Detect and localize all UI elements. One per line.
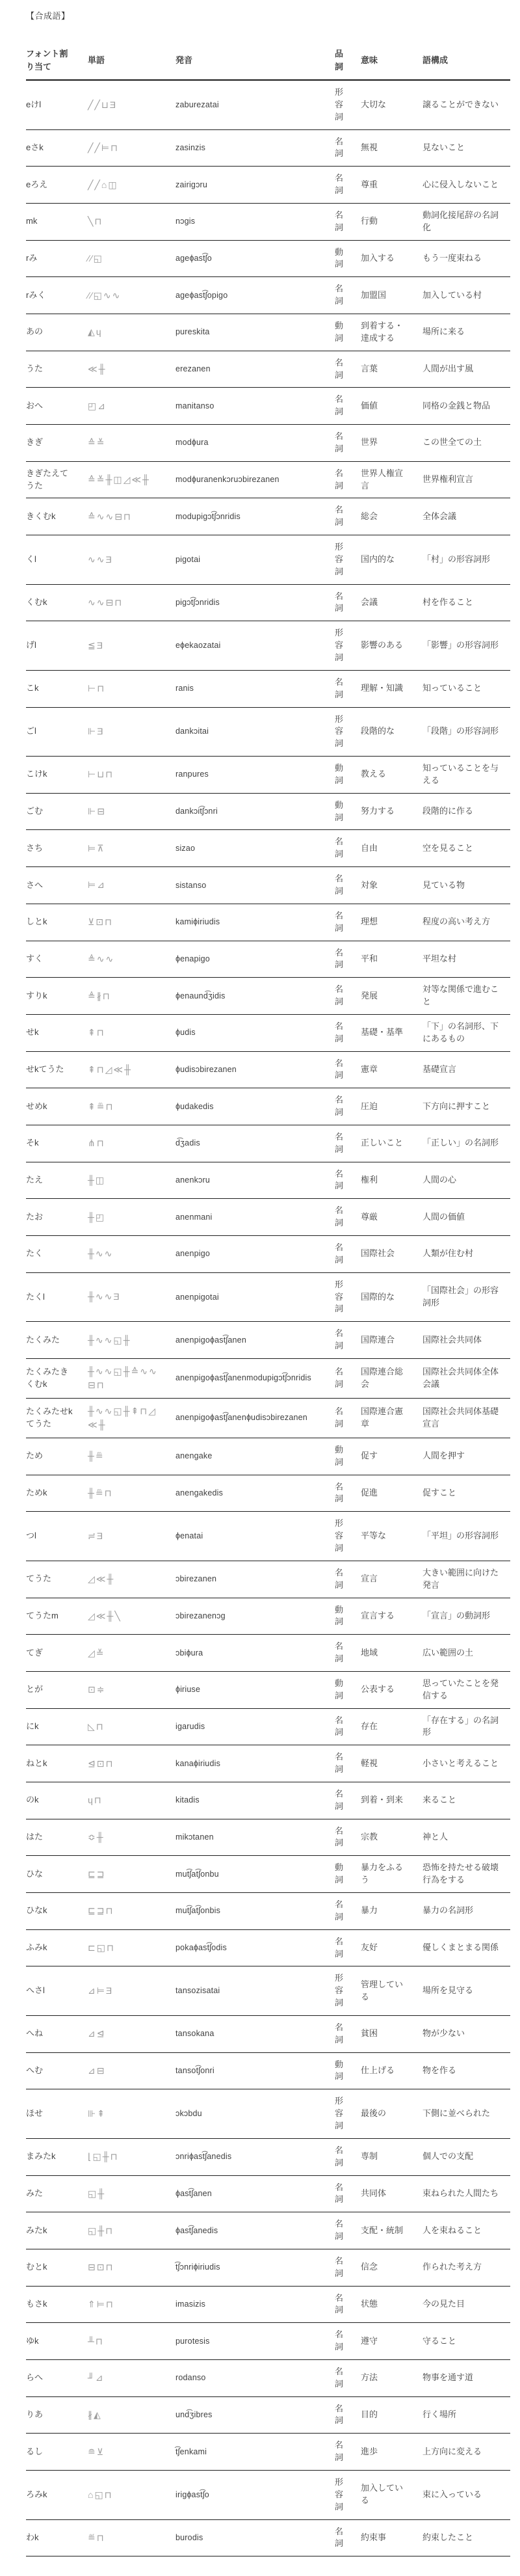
pronunciation-cell-text: modɸuranenkɔruɔbirezanen	[175, 475, 279, 484]
composition-cell-text: 束に入っている	[422, 2489, 482, 2499]
pronunciation-cell-text: eɸekaozatai	[175, 641, 221, 650]
word-glyphs-cell: ╫∿∿◱╫≙∿∿⊟⊓	[88, 1358, 175, 1398]
meaning-cell: 総会	[361, 498, 422, 535]
composition-cell-text: 国際社会共同体全体会議	[422, 1367, 499, 1389]
pronunciation-cell: kanaɸiriudis	[175, 1745, 335, 1782]
pos-cell: 名詞	[335, 904, 361, 941]
composition-cell-text: 今の見た目	[422, 2299, 465, 2309]
pronunciation-cell: ɸast͡ʃanen	[175, 2175, 335, 2212]
pronunciation-cell: kamiɸiriudis	[175, 904, 335, 941]
composition-cell-text: 思っていたことを発信する	[422, 1678, 499, 1700]
font-assignment-cell: eろえ	[26, 167, 88, 204]
word-glyphs-cell: ╫∿∿◱╫⇞⊓◿≪╫	[88, 1398, 175, 1438]
font-assignment-cell-text: ごむ	[26, 806, 43, 816]
meaning-cell: 遵守	[361, 2323, 422, 2360]
composition-cell-text: 知っていることを与える	[422, 763, 499, 785]
pos-cell-text: 名詞	[335, 1095, 343, 1117]
meaning-cell: 理解・知識	[361, 670, 422, 707]
pronunciation-cell: tansot͡ʃonri	[175, 2052, 335, 2089]
word-glyphs-cell-text: ╫∿∿◱╫	[88, 1335, 131, 1345]
pronunciation-cell-text: zaburezatai	[175, 100, 219, 109]
table-row: こけk⊢⊔⊓ranpures動詞教える知っていることを与える	[26, 757, 510, 794]
word-glyphs-cell-text: ⌊◱╫⊓	[88, 2151, 119, 2162]
meaning-cell-text: 会議	[361, 597, 378, 607]
composition-cell-text: 知っていること	[422, 683, 482, 693]
word-glyphs-cell-text: ⌂◱⊓	[88, 2489, 113, 2500]
word-glyphs-cell-text: ∿∿Ǝ	[88, 554, 113, 565]
pos-cell-text: 名詞	[335, 173, 343, 195]
word-glyphs-cell-text: ╱╱⊔Ǝ	[88, 100, 117, 110]
word-glyphs-cell: ╱╱⊔Ǝ	[88, 80, 175, 129]
meaning-cell: 国際連合総会	[361, 1358, 422, 1398]
pos-cell: 名詞	[335, 388, 361, 425]
table-row: こk⊢⊓ranis名詞理解・知識知っていること	[26, 670, 510, 707]
pronunciation-cell: rodanso	[175, 2359, 335, 2396]
table-row: mk╲⊓nɔgis名詞行動動詞化接尾辞の名詞化	[26, 203, 510, 240]
meaning-cell-text: 大切な	[361, 100, 386, 109]
pronunciation-cell: ɔnriɸast͡ʃanedis	[175, 2138, 335, 2175]
composition-cell-text: 「存在する」の名詞形	[422, 1715, 499, 1737]
composition-cell: 暴力の名詞形	[422, 1893, 510, 1930]
composition-cell: 段階的に作る	[422, 793, 510, 830]
meaning-cell-text: 暴力をふるう	[361, 1862, 403, 1885]
pos-cell-text: 名詞	[335, 984, 343, 1006]
pos-cell: 名詞	[335, 203, 361, 240]
pronunciation-cell-text: purotesis	[175, 2337, 210, 2346]
meaning-cell-text: 宣言	[361, 1574, 378, 1583]
font-assignment-cell: もさk	[26, 2286, 88, 2323]
pos-cell-text: 名詞	[335, 2404, 343, 2426]
font-assignment-cell: ひなk	[26, 1893, 88, 1930]
word-glyphs-cell: ⊡≑	[88, 1671, 175, 1708]
table-row: みたk◱╫⊓ɸast͡ʃanedis名詞支配・統制人を束ねること	[26, 2212, 510, 2249]
pos-cell: 動詞	[335, 1671, 361, 1708]
pronunciation-cell-text: pigɔt͡ʃɔnridis	[175, 598, 220, 607]
table-row: おへ◰⊿manitanso名詞価値同格の金銭と物品	[26, 388, 510, 425]
font-assignment-cell-text: こk	[26, 683, 39, 693]
meaning-cell: 暴力をふるう	[361, 1856, 422, 1893]
composition-cell: 「国際社会」の形容詞形	[422, 1272, 510, 1322]
composition-cell-text: 神と人	[422, 1832, 448, 1842]
meaning-cell-text: 尊厳	[361, 1212, 378, 1222]
pos-cell: 名詞	[335, 277, 361, 314]
font-assignment-cell: みた	[26, 2175, 88, 2212]
word-glyphs-cell: ⊿⊟	[88, 2052, 175, 2089]
pronunciation-cell: burodis	[175, 2519, 335, 2556]
font-assignment-cell: まみたk	[26, 2138, 88, 2175]
pos-cell-text: 名詞	[335, 1641, 343, 1663]
document-page: 【合成語】 フォント割り当て 単語 発音 品詞 意味 語構成 eけl╱╱⊔Ǝza…	[0, 0, 520, 2576]
word-glyphs-cell-text: ≘⊻	[88, 2447, 105, 2457]
pronunciation-cell-text: kitadis	[175, 1795, 200, 1805]
composition-cell-text: 平坦な村	[422, 954, 456, 963]
pos-cell-text: 動詞	[335, 763, 343, 785]
table-row: くむk∿∿⊟⊓pigɔt͡ʃɔnridis名詞会議村を作ること	[26, 584, 510, 621]
pronunciation-cell: pokaɸast͡ʃodis	[175, 1929, 335, 1966]
font-assignment-cell-text: きくむk	[26, 511, 56, 521]
font-assignment-cell-text: きぎ	[26, 437, 43, 447]
font-assignment-cell: たえ	[26, 1162, 88, 1199]
meaning-cell: 加盟国	[361, 277, 422, 314]
word-glyphs-cell-text: ⊩Ǝ	[88, 726, 105, 736]
word-glyphs-cell-text: ⊩⊟	[88, 806, 106, 816]
word-glyphs-cell: ╫≞⊓	[88, 1475, 175, 1512]
word-glyphs-cell: ╫≞	[88, 1438, 175, 1475]
meaning-cell-text: 対象	[361, 880, 378, 890]
table-row: すく≜∿∿ɸenapigo名詞平和平坦な村	[26, 941, 510, 978]
word-glyphs-cell-text: ⊿⊟	[88, 2065, 105, 2076]
pronunciation-cell: tansozisatai	[175, 1966, 335, 2016]
font-assignment-cell-text: おへ	[26, 401, 43, 410]
table-row: ゆk╨⊓purotesis名詞遵守守ること	[26, 2323, 510, 2360]
meaning-cell: 軽視	[361, 1745, 422, 1782]
meaning-cell: 管理している	[361, 1966, 422, 2016]
font-assignment-cell: きぎ	[26, 425, 88, 462]
table-row: げl≦Ǝeɸekaozatai形容詞影響のある「影響」の形容詞形	[26, 621, 510, 671]
composition-cell-text: 上方向に変える	[422, 2447, 482, 2456]
word-glyphs-cell-text: ≓Ǝ	[88, 1531, 104, 1541]
composition-cell-text: 見ないこと	[422, 142, 465, 152]
font-assignment-cell: わk	[26, 2519, 88, 2556]
word-glyphs-cell: ⊿⊨Ǝ	[88, 1966, 175, 2016]
meaning-cell-text: 理解・知識	[361, 683, 403, 693]
composition-cell: 行く場所	[422, 2396, 510, 2434]
pos-cell-text: 名詞	[335, 677, 343, 699]
meaning-cell: 到着する・達成する	[361, 314, 422, 351]
pos-cell: 形容詞	[335, 2471, 361, 2520]
composition-cell-text: 人間の価値	[422, 1212, 465, 1222]
pronunciation-cell-text: zasinzis	[175, 143, 205, 152]
composition-cell-text: 約束したこと	[422, 2532, 473, 2542]
composition-cell: 束に入っている	[422, 2471, 510, 2520]
word-glyphs-cell-text: ◱╫⊓	[88, 2225, 114, 2236]
meaning-cell: 影響のある	[361, 621, 422, 671]
composition-cell: 国際社会共同体	[422, 1322, 510, 1359]
pronunciation-cell: irigɸast͡ʃo	[175, 2471, 335, 2520]
col-header-pronunciation: 発音	[175, 41, 335, 80]
font-assignment-cell-text: eさk	[26, 142, 44, 152]
pos-cell: 名詞	[335, 2359, 361, 2396]
word-glyphs-cell: ⇞⊓	[88, 1014, 175, 1051]
pos-cell: 名詞	[335, 2175, 361, 2212]
composition-cell: 心に侵入しないこと	[422, 167, 510, 204]
table-row: たえ╫◫anenkɔru名詞権利人間の心	[26, 1162, 510, 1199]
pronunciation-cell-text: anengake	[175, 1451, 213, 1460]
font-assignment-cell-text: らへ	[26, 2372, 43, 2382]
meaning-cell: 進歩	[361, 2434, 422, 2471]
table-row: ほせ⊪⇞ɔkɔbdu形容詞最後の下側に並べられた	[26, 2089, 510, 2139]
table-row: せめk⇞≞⊓ɸudakedis名詞圧迫下方向に押すこと	[26, 1088, 510, 1125]
font-assignment-cell: へさl	[26, 1966, 88, 2016]
pronunciation-cell: ageɸast͡ʃopigo	[175, 277, 335, 314]
pos-cell-text: 名詞	[335, 2367, 343, 2389]
pronunciation-cell-text: ageɸast͡ʃo	[175, 254, 212, 263]
word-glyphs-cell: ╫∿∿	[88, 1236, 175, 1273]
font-assignment-cell: さへ	[26, 867, 88, 904]
pos-cell: 名詞	[335, 2323, 361, 2360]
word-glyphs-cell: ⊨⊼	[88, 830, 175, 867]
col-header-word: 単語	[88, 41, 175, 80]
pos-cell: 名詞	[335, 1561, 361, 1598]
word-glyphs-cell-text: ∦◭	[88, 2409, 102, 2420]
composition-cell-text: 束ねられた人間たち	[422, 2188, 499, 2198]
composition-cell: 「存在する」の名詞形	[422, 1708, 510, 1745]
word-glyphs-cell: ⊢⊓	[88, 670, 175, 707]
word-glyphs-cell: ≜∦⊓	[88, 978, 175, 1015]
meaning-cell-text: 促進	[361, 1488, 378, 1497]
font-assignment-cell-text: たお	[26, 1212, 43, 1222]
font-assignment-cell: こけk	[26, 757, 88, 794]
font-assignment-cell: らへ	[26, 2359, 88, 2396]
font-assignment-cell: たくみた	[26, 1322, 88, 1359]
pos-cell: 名詞	[335, 584, 361, 621]
pos-cell: 名詞	[335, 1051, 361, 1088]
meaning-cell: 宣言する	[361, 1598, 422, 1635]
composition-cell-text: 「影響」の形容詞形	[422, 640, 499, 650]
pos-cell: 形容詞	[335, 621, 361, 671]
pos-cell: 名詞	[335, 1125, 361, 1162]
word-glyphs-cell: ╲⊓	[88, 203, 175, 240]
composition-cell: 上方向に変える	[422, 2434, 510, 2471]
meaning-cell: 支配・統制	[361, 2212, 422, 2249]
pos-cell: 名詞	[335, 1322, 361, 1359]
word-glyphs-cell-text: ◿≪╫	[88, 1574, 114, 1584]
word-glyphs-cell: ⇞≞⊓	[88, 1088, 175, 1125]
font-assignment-cell: うた	[26, 351, 88, 388]
font-assignment-cell: さち	[26, 830, 88, 867]
pos-cell: 名詞	[335, 1199, 361, 1236]
pronunciation-cell: erezanen	[175, 351, 335, 388]
pronunciation-cell: anenkɔru	[175, 1162, 335, 1199]
pronunciation-cell-text: modɸura	[175, 438, 209, 447]
meaning-cell-text: 努力する	[361, 806, 395, 816]
composition-cell-text: 心に侵入しないこと	[422, 180, 499, 189]
composition-cell-text: 大きい範囲に向けた発言	[422, 1568, 499, 1590]
composition-cell-text: 加入している村	[422, 290, 482, 300]
meaning-cell-text: 目的	[361, 2409, 378, 2419]
pos-cell-text: 名詞	[335, 1937, 343, 1959]
meaning-cell: 対象	[361, 867, 422, 904]
table-row: へね⊿⊴tansokana名詞貧困物が少ない	[26, 2015, 510, 2052]
pos-cell-text: 形容詞	[335, 1518, 343, 1553]
meaning-cell: 正しいこと	[361, 1125, 422, 1162]
pos-cell-text: 名詞	[335, 874, 343, 896]
pos-cell-text: 名詞	[335, 1328, 343, 1350]
meaning-cell-text: 平和	[361, 954, 378, 963]
pos-cell-text: 名詞	[335, 1826, 343, 1848]
font-assignment-cell: むとk	[26, 2249, 88, 2286]
meaning-cell-text: 状態	[361, 2299, 378, 2309]
word-glyphs-cell: ≦Ǝ	[88, 621, 175, 671]
font-assignment-cell-text: すく	[26, 954, 43, 963]
composition-cell-text: 広い範囲の土	[422, 1648, 473, 1657]
meaning-cell-text: 友好	[361, 1942, 378, 1952]
pronunciation-cell-text: ageɸast͡ʃopigo	[175, 291, 227, 300]
font-assignment-cell-text: ごl	[26, 726, 36, 736]
pos-cell: 名詞	[335, 1635, 361, 1672]
pos-cell: 名詞	[335, 1782, 361, 1819]
word-glyphs-cell: ≘⊻	[88, 2434, 175, 2471]
pos-cell-text: 形容詞	[335, 1973, 343, 2007]
pronunciation-cell-text: ɸenatai	[175, 1531, 203, 1540]
word-glyphs-cell-text: ⊿⊨Ǝ	[88, 1985, 113, 1996]
table-row: くl∿∿Ǝpigotai形容詞国内的な「村」の形容詞形	[26, 535, 510, 585]
table-row: へむ⊿⊟tansot͡ʃonri動詞仕上げる物を作る	[26, 2052, 510, 2089]
font-assignment-cell: くむk	[26, 584, 88, 621]
pronunciation-cell: ɸenaund͡ʒidis	[175, 978, 335, 1015]
word-glyphs-cell: ╜⊿	[88, 2359, 175, 2396]
word-glyphs-cell: ⊟⊡⊓	[88, 2249, 175, 2286]
pos-cell-text: 名詞	[335, 1169, 343, 1191]
word-glyphs-cell: ⊪⇞	[88, 2089, 175, 2139]
meaning-cell: 尊重	[361, 167, 422, 204]
pos-cell-text: 名詞	[335, 2182, 343, 2205]
pos-cell: 名詞	[335, 830, 361, 867]
composition-cell: 場所に来る	[422, 314, 510, 351]
word-glyphs-cell: ∕∕◱	[88, 240, 175, 277]
word-glyphs-cell-text: ≙∿∿⊟⊓	[88, 511, 132, 522]
composition-cell: 促すこと	[422, 1475, 510, 1512]
meaning-cell: 目的	[361, 2396, 422, 2434]
table-row: ふみk⊏◱⊓pokaɸast͡ʃodis名詞友好優しくまとまる関係	[26, 1929, 510, 1966]
pos-cell: 形容詞	[335, 2089, 361, 2139]
word-glyphs-cell-text: ⊨⊼	[88, 843, 105, 853]
composition-cell: 「下」の名詞形、下にあるもの	[422, 1014, 510, 1051]
pronunciation-cell: ɔbirezanenɔg	[175, 1598, 335, 1635]
pronunciation-cell-text: ɸast͡ʃanen	[175, 2189, 212, 2198]
meaning-cell-text: 加入する	[361, 253, 395, 263]
composition-cell: 広い範囲の土	[422, 1635, 510, 1672]
table-body: eけl╱╱⊔Ǝzaburezatai形容詞大切な譲ることができないeさk╱╱⊨⊓…	[26, 80, 510, 2556]
meaning-cell: 到着・到来	[361, 1782, 422, 1819]
font-assignment-cell-text: mk	[26, 216, 37, 226]
table-row: ためk╫≞⊓anengakedis名詞促進促すこと	[26, 1475, 510, 1512]
table-row: たお╫◰anenmani名詞尊厳人間の価値	[26, 1199, 510, 1236]
pronunciation-cell-text: ɸudisɔbirezanen	[175, 1065, 237, 1074]
col-header-meaning: 意味	[361, 41, 422, 80]
font-assignment-cell-text: りあ	[26, 2409, 43, 2419]
composition-cell: 大きい範囲に向けた発言	[422, 1561, 510, 1598]
table-row: にk◺⊓igarudis名詞存在「存在する」の名詞形	[26, 1708, 510, 1745]
pos-cell-text: 動詞	[335, 247, 343, 269]
pos-cell-text: 動詞	[335, 2059, 343, 2082]
meaning-cell: 最後の	[361, 2089, 422, 2139]
composition-cell: 村を作ること	[422, 584, 510, 621]
font-assignment-cell-text: しとk	[26, 917, 47, 926]
pos-cell: 名詞	[335, 498, 361, 535]
pos-cell-text: 名詞	[335, 358, 343, 380]
font-assignment-cell-text: eろえ	[26, 180, 47, 189]
font-assignment-cell-text: へさl	[26, 1985, 45, 1995]
meaning-cell-text: 管理している	[361, 1979, 403, 2002]
pronunciation-cell: anengake	[175, 1438, 335, 1475]
meaning-cell: 地域	[361, 1635, 422, 1672]
word-glyphs-cell: ⊻⊡⊓	[88, 904, 175, 941]
font-assignment-cell-text: ひなk	[26, 1905, 47, 1915]
word-glyphs-cell-text: ◱╫	[88, 2188, 105, 2199]
pos-cell-text: 名詞	[335, 2527, 343, 2549]
pos-cell-text: 名詞	[335, 2440, 343, 2462]
meaning-cell: 公表する	[361, 1671, 422, 1708]
meaning-cell: 状態	[361, 2286, 422, 2323]
word-glyphs-cell: ◿≪╫	[88, 1561, 175, 1598]
word-glyphs-cell-text: ⋔⊓	[88, 1138, 105, 1148]
composition-cell-text: 場所に来る	[422, 327, 465, 336]
pos-cell: 形容詞	[335, 1512, 361, 1561]
composition-cell-text: 譲ることができない	[422, 100, 499, 109]
pos-cell: 形容詞	[335, 707, 361, 757]
pos-cell-text: 名詞	[335, 1482, 343, 1504]
pos-cell: 名詞	[335, 941, 361, 978]
pos-cell: 動詞	[335, 1598, 361, 1635]
meaning-cell-text: 共同体	[361, 2188, 386, 2198]
composition-cell: 全体会議	[422, 498, 510, 535]
pronunciation-cell-text: mut͡ʃat͡ʃonbis	[175, 1906, 220, 1915]
meaning-cell-text: 公表する	[361, 1684, 395, 1694]
font-assignment-cell: げl	[26, 621, 88, 671]
meaning-cell-text: 基礎・基準	[361, 1027, 403, 1037]
composition-cell: 見ている物	[422, 867, 510, 904]
meaning-cell-text: 暴力	[361, 1905, 378, 1915]
pos-cell: 名詞	[335, 978, 361, 1015]
composition-cell: 下側に並べられた	[422, 2089, 510, 2139]
pronunciation-cell: eɸekaozatai	[175, 621, 335, 671]
table-row: へさl⊿⊨Ǝtansozisatai形容詞管理している場所を見守る	[26, 1966, 510, 2016]
meaning-cell: 平等な	[361, 1512, 422, 1561]
font-assignment-cell: へね	[26, 2015, 88, 2052]
composition-cell-text: 物を作る	[422, 2065, 456, 2075]
meaning-cell: 言葉	[361, 351, 422, 388]
composition-cell: この世全ての土	[422, 425, 510, 462]
composition-cell-text: 暴力の名詞形	[422, 1905, 473, 1915]
meaning-cell-text: 促す	[361, 1451, 378, 1460]
composition-cell: 人間を押す	[422, 1438, 510, 1475]
pronunciation-cell-text: erezanen	[175, 364, 211, 373]
pronunciation-cell-text: ɔbiɸura	[175, 1648, 203, 1657]
pronunciation-cell: ɸudakedis	[175, 1088, 335, 1125]
meaning-cell-text: 価値	[361, 401, 378, 410]
meaning-cell-text: 平等な	[361, 1531, 386, 1540]
word-glyphs-cell-text: ≙≚	[88, 437, 105, 448]
word-glyphs-cell: ≙≚╫◫◿≪╫	[88, 461, 175, 498]
pronunciation-cell: ranis	[175, 670, 335, 707]
composition-cell: 下方向に押すこと	[422, 1088, 510, 1125]
font-assignment-cell-text: たくみたきくむk	[26, 1367, 68, 1389]
pronunciation-cell: igarudis	[175, 1708, 335, 1745]
word-glyphs-cell-text: ╱╱⊨⊓	[88, 142, 119, 153]
composition-cell: 知っていることを与える	[422, 757, 510, 794]
word-glyphs-cell-text: ╫∿∿Ǝ	[88, 1291, 121, 1302]
pos-cell: 名詞	[335, 2519, 361, 2556]
font-assignment-cell: こk	[26, 670, 88, 707]
pos-cell-text: 名詞	[335, 210, 343, 232]
word-glyphs-cell: ╫◫	[88, 1162, 175, 1199]
composition-cell: 人間の心	[422, 1162, 510, 1199]
table-row: きぎたえてうた≙≚╫◫◿≪╫modɸuranenkɔruɔbirezanen名詞…	[26, 461, 510, 498]
word-glyphs-cell-text: ◭ɥ	[88, 327, 103, 337]
font-assignment-cell-text: ゆk	[26, 2336, 39, 2346]
composition-cell-text: 段階的に作る	[422, 806, 473, 816]
font-assignment-cell: てうたm	[26, 1598, 88, 1635]
pos-cell-text: 形容詞	[335, 542, 343, 576]
table-row: たくみたきくむk╫∿∿◱╫≙∿∿⊟⊓anenpigoɸast͡ʃanenmodu…	[26, 1358, 510, 1398]
meaning-cell: 宗教	[361, 1819, 422, 1856]
word-glyphs-cell: ≪╫	[88, 351, 175, 388]
pronunciation-cell-text: mikɔtanen	[175, 1832, 214, 1842]
table-row: そk⋔⊓d͡ʒadis名詞正しいこと「正しい」の名詞形	[26, 1125, 510, 1162]
meaning-cell-text: 発展	[361, 991, 378, 1000]
font-assignment-cell-text: くl	[26, 554, 36, 564]
